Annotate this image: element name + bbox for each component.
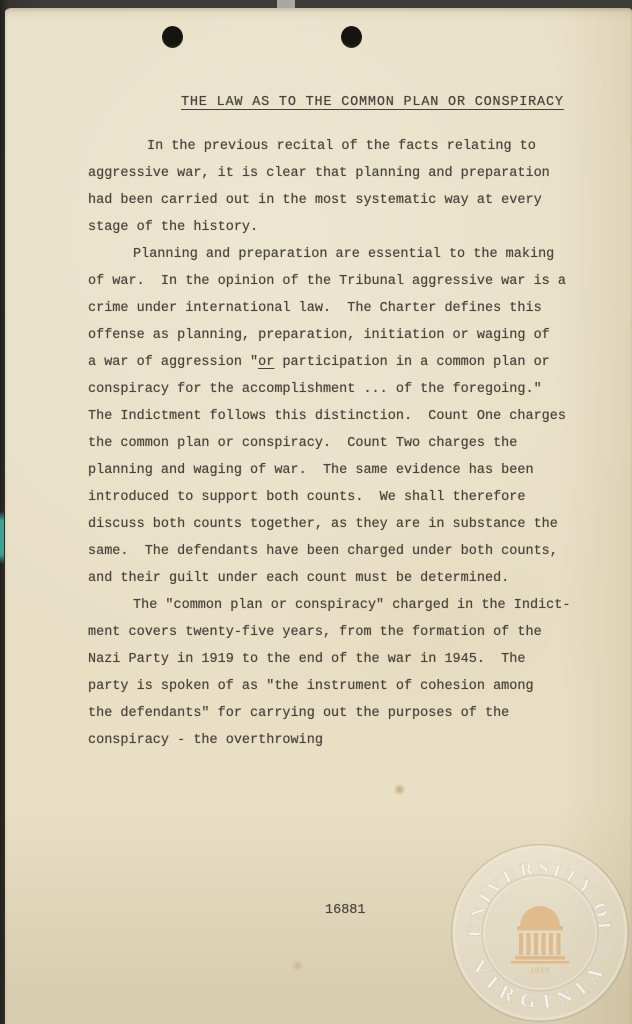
hole-punch-left [162,26,183,48]
text-line: Nazi Party in 1919 to the end of the war… [88,646,570,673]
text-line: The Indictment follows this distinction.… [88,403,570,430]
text-line: a war of aggression "or participation in… [88,349,570,376]
page-number: 16881 [325,902,366,920]
text-line: same. The defendants have been charged u… [88,538,570,565]
text-line: ment covers twenty-five years, from the … [88,619,570,646]
paper-stain [394,783,405,796]
university-seal-watermark: 1819 UNIVERSITY OF VIRGINIA [447,840,632,1024]
text-line: the common plan or conspiracy. Count Two… [88,430,570,457]
text-line: stage of the history. [88,214,570,241]
text-line: Planning and preparation are essential t… [88,241,570,268]
text-segment: participation in a common plan or [274,355,549,370]
text-line: the defendants" for carrying out the pur… [88,700,570,727]
text-segment: or [258,355,274,370]
scanned-document: THE LAW AS TO THE COMMON PLAN OR CONSPIR… [0,0,632,1024]
page-title: THE LAW AS TO THE COMMON PLAN OR CONSPIR… [181,94,564,111]
text-line: party is spoken of as "the instrument of… [88,673,570,700]
text-line: discuss both counts together, as they ar… [88,511,570,538]
text-line: introduced to support both counts. We sh… [88,484,570,511]
document-page: THE LAW AS TO THE COMMON PLAN OR CONSPIR… [5,8,632,1024]
text-line: aggressive war, it is clear that plannin… [88,160,570,187]
paper-stain [291,961,304,971]
seal-year-text: 1819 [530,966,550,975]
text-segment: a war of aggression " [88,355,258,370]
text-line: The "common plan or conspiracy" charged … [88,592,570,619]
text-line: had been carried out in the most systema… [88,187,570,214]
body-text: In the previous recital of the facts rel… [88,133,570,754]
text-line: In the previous recital of the facts rel… [88,133,570,160]
text-line: planning and waging of war. The same evi… [88,457,570,484]
text-line: crime under international law. The Chart… [88,295,570,322]
scan-edge-artifact [0,511,4,564]
text-line: of war. In the opinion of the Tribunal a… [88,268,570,295]
text-line: offense as planning, preparation, initia… [88,322,570,349]
text-line: and their guilt under each count must be… [88,565,570,592]
hole-punch-right [341,26,362,48]
text-line: conspiracy for the accomplishment ... of… [88,376,570,403]
text-line: conspiracy - the overthrowing [88,727,570,754]
seal-graphic: 1819 UNIVERSITY OF VIRGINIA [447,840,632,1024]
